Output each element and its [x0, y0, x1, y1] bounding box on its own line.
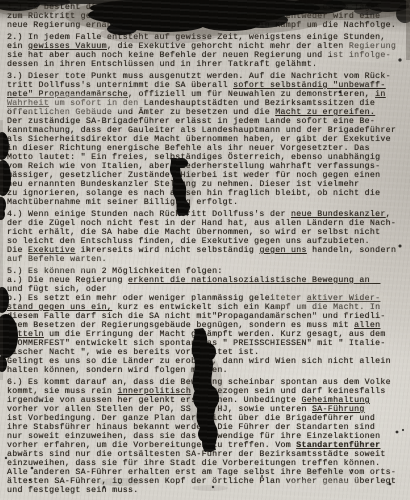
- text-line: Machtübernahme mit seiner Billigung erfo…: [7, 198, 405, 207]
- text-line: auf Befehle warten.: [7, 255, 405, 264]
- text-line: Die Exekutive ihrerseits wird nicht selb…: [7, 246, 405, 255]
- text-line: 6.) Es kommt darauf an, dass die Bewegun…: [7, 378, 405, 387]
- text-line: b.) Es setzt ein mehr oder weniger planm…: [7, 294, 405, 303]
- text-line: nete" Propagandamärsche, offiziell um fü…: [7, 90, 405, 99]
- text-line: kommt, sie muss rein innerpolitisch aufg…: [7, 387, 405, 396]
- paragraph-3: 3.) Dieser tote Punkt muss ausgenutzt we…: [7, 72, 405, 207]
- paragraph-2: 2.) In jedem Falle entsteht auf gewisse …: [7, 33, 405, 69]
- text-line: a.) Die neue Regierung erkennt die natio…: [7, 276, 405, 285]
- text-line: Der zuständige SA-Brigadeführer erlässt …: [7, 117, 405, 126]
- text-line: zu ignorieren, solange es nach aussen hi…: [7, 189, 405, 198]
- text-line: dessen in ihren Entschlüssen und in ihre…: [7, 60, 405, 69]
- text-line: so leicht den Entschluss finden, die Exe…: [7, 237, 405, 246]
- text-line: mässiger, gesetzlicher Zustände. Hierbei…: [7, 171, 405, 180]
- text-line: Mitteln um die Erringung der Macht gekäm…: [7, 330, 405, 339]
- text-line: vorher vor allen Stellen der PO, SS und …: [7, 405, 405, 414]
- text-line: 3.) Dieser tote Punkt muss ausgenutzt we…: [7, 72, 405, 81]
- text-line: tritt Dollfuss's unternimmt die SA übera…: [7, 81, 405, 90]
- text-line: ältesten SA-Führer, in dessen Kopf der ö…: [7, 477, 405, 486]
- text-line: kanntmachung, dass der Gauleiter als Lan…: [7, 126, 405, 135]
- text-line: neu ernannten Bundeskanzler Stellung zu …: [7, 180, 405, 189]
- text-line: Motto lautet: " Ein freies, selbständige…: [7, 153, 405, 162]
- text-line: Alle anderen SA-Führer erhalten erst am …: [7, 468, 405, 477]
- paragraph-5: 5.) Es können nun 2 Möglichkeiten folgen…: [7, 267, 405, 375]
- document-text: 1.).Es besteht die Möglichkeit, dass die…: [7, 3, 405, 498]
- text-line: nur soweit einzuweihen, dass sie das Not…: [7, 432, 405, 441]
- text-line: sie hat aber auch noch keine Befehle der…: [7, 51, 405, 60]
- text-line: der die Zügel noch nicht fest in der Han…: [7, 219, 405, 228]
- text-line: 1.).Es besteht die Möglichkeit, dass die…: [7, 3, 405, 12]
- text-line: ein gewisses Vakuum, die Exekutive gehor…: [7, 42, 405, 51]
- text-line: halten können, sondern wird folgen müsse…: [7, 366, 405, 375]
- text-line: 5.) Es können nun 2 Möglichkeiten folgen…: [7, 267, 405, 276]
- text-line: ist Vorbedingung. Der ganze Plan darf ni…: [7, 414, 405, 423]
- text-line: Wahrheit um sofort in den Landeshauptstä…: [7, 99, 405, 108]
- text-line: 2.) In jedem Falle entsteht auf gewisse …: [7, 33, 405, 42]
- text-line: irgendwie von aussen her gelenkt erschei…: [7, 396, 405, 405]
- paragraph-4: 4.) Wenn einige Stunden nach Rücktritt D…: [7, 210, 405, 264]
- paragraph-6: 6.) Es kommt darauf an, dass die Bewegun…: [7, 378, 405, 495]
- text-line: in dieser Richtung energische Befehle al…: [7, 144, 405, 153]
- text-line: diesem Falle darf sich die SA nicht mit"…: [7, 312, 405, 321]
- paragraph-1: 1.).Es besteht die Möglichkeit, dass die…: [7, 3, 405, 30]
- text-line: nischer Nacht ", wie es bereits vorberei…: [7, 348, 405, 357]
- text-line: "SOMMERFEST" entwickelt sich spontan das…: [7, 339, 405, 348]
- text-line: neue Regierung ernannt, oder es entspinn…: [7, 21, 405, 30]
- text-line: einzuweihen, dass sie für ihre Stadt die…: [7, 459, 405, 468]
- text-line: chem Besetzen der Regierungsgebäude begn…: [7, 321, 405, 330]
- text-line: öffentlichen Gebäude und Ämter zu besetz…: [7, 108, 405, 117]
- text-line: und festgelegt sein muss.: [7, 486, 405, 495]
- text-line: 4.) Wenn einige Stunden nach Rücktritt D…: [7, 210, 405, 219]
- text-line: richt erhält, die SA habe die Macht über…: [7, 228, 405, 237]
- text-line: und fügt sich, oder: [7, 285, 405, 294]
- text-line: abwärts sind nur die ortsältesten SA-Füh…: [7, 450, 405, 459]
- text-line: vorher erfahren, um die Vorbereitungen z…: [7, 441, 405, 450]
- text-line: Gelingt es uns so die Länder zu erobern,…: [7, 357, 405, 366]
- text-line: zum Rücktritt gezwungen wird oder ein St…: [7, 12, 405, 21]
- photocopy-page: 1.).Es besteht die Möglichkeit, dass die…: [0, 0, 410, 500]
- text-line: als Sicherheitsdirektor die Macht überno…: [7, 135, 405, 144]
- text-line: stand gegen uns ein, kurz es entwickelt …: [7, 303, 405, 312]
- text-line: ihre Stabsführer hinaus bekannt werden. …: [7, 423, 405, 432]
- text-line: vom Reich wie von Italien, aber Wiederhe…: [7, 162, 405, 171]
